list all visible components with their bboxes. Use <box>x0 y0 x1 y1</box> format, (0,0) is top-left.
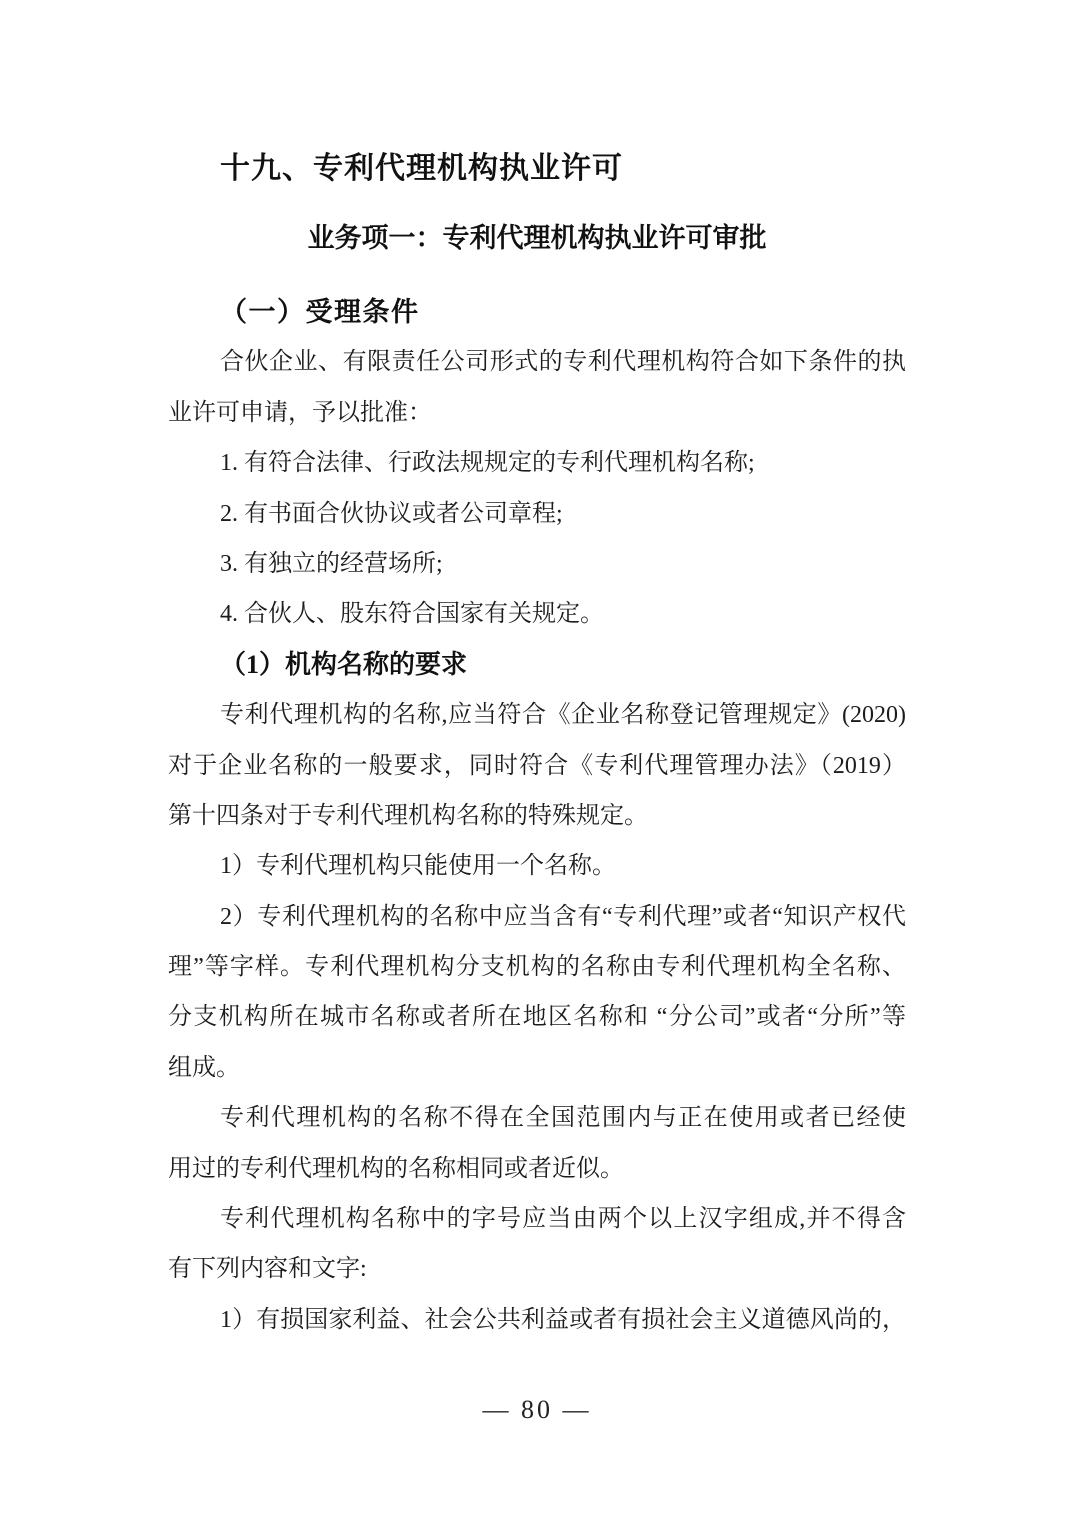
text-line: 理”等字样。专利代理机构分支机构的名称由专利代理机构全名称、 <box>168 942 906 992</box>
text-line: 1）有损国家利益、社会公共利益或者有损社会主义道德风尚的， <box>168 1295 906 1345</box>
text-line: 有下列内容和文字: <box>168 1244 906 1294</box>
text-line: 组成。 <box>168 1043 906 1093</box>
list-item: 1. 有符合法律、行政法规规定的专利代理机构名称; <box>168 438 906 488</box>
document-title: 十九、专利代理机构执业许可 <box>168 148 906 190</box>
text-line: 分支机构所在城市名称或者所在地区名称和 “分公司”或者“分所”等 <box>168 992 906 1042</box>
section-heading-acceptance-conditions: （一）受理条件 <box>168 287 906 337</box>
text-line: 业许可申请，予以批准： <box>168 388 906 438</box>
document-subtitle: 业务项一：专利代理机构执业许可审批 <box>168 219 906 257</box>
text-line: 用过的专利代理机构的名称相同或者近似。 <box>168 1144 906 1194</box>
page-number: — 80 — <box>0 1392 1074 1428</box>
text-line: 专利代理机构名称中的字号应当由两个以上汉字组成,并不得含 <box>168 1194 906 1244</box>
text-line: 2）专利代理机构的名称中应当含有“专利代理”或者“知识产权代 <box>168 892 906 942</box>
text-line: 对于企业名称的一般要求，同时符合《专利代理管理办法》（2019） <box>168 741 906 791</box>
text-line: 1）专利代理机构只能使用一个名称。 <box>168 841 906 891</box>
list-item: 3. 有独立的经营场所; <box>168 539 906 589</box>
document-body: （一）受理条件 合伙企业、有限责任公司形式的专利代理机构符合如下条件的执 业许可… <box>168 287 906 1345</box>
list-item: 2. 有书面合伙协议或者公司章程; <box>168 489 906 539</box>
text-line: 专利代理机构的名称,应当符合《企业名称登记管理规定》(2020) <box>168 690 906 740</box>
list-item: 4. 合伙人、股东符合国家有关规定。 <box>168 589 906 639</box>
text-line: 专利代理机构的名称不得在全国范围内与正在使用或者已经使 <box>168 1093 906 1143</box>
section-heading-name-requirements: （1）机构名称的要求 <box>168 640 906 690</box>
text-line: 合伙企业、有限责任公司形式的专利代理机构符合如下条件的执 <box>168 337 906 387</box>
document-page: 十九、专利代理机构执业许可 业务项一：专利代理机构执业许可审批 （一）受理条件 … <box>0 0 1074 1520</box>
text-line: 第十四条对于专利代理机构名称的特殊规定。 <box>168 791 906 841</box>
